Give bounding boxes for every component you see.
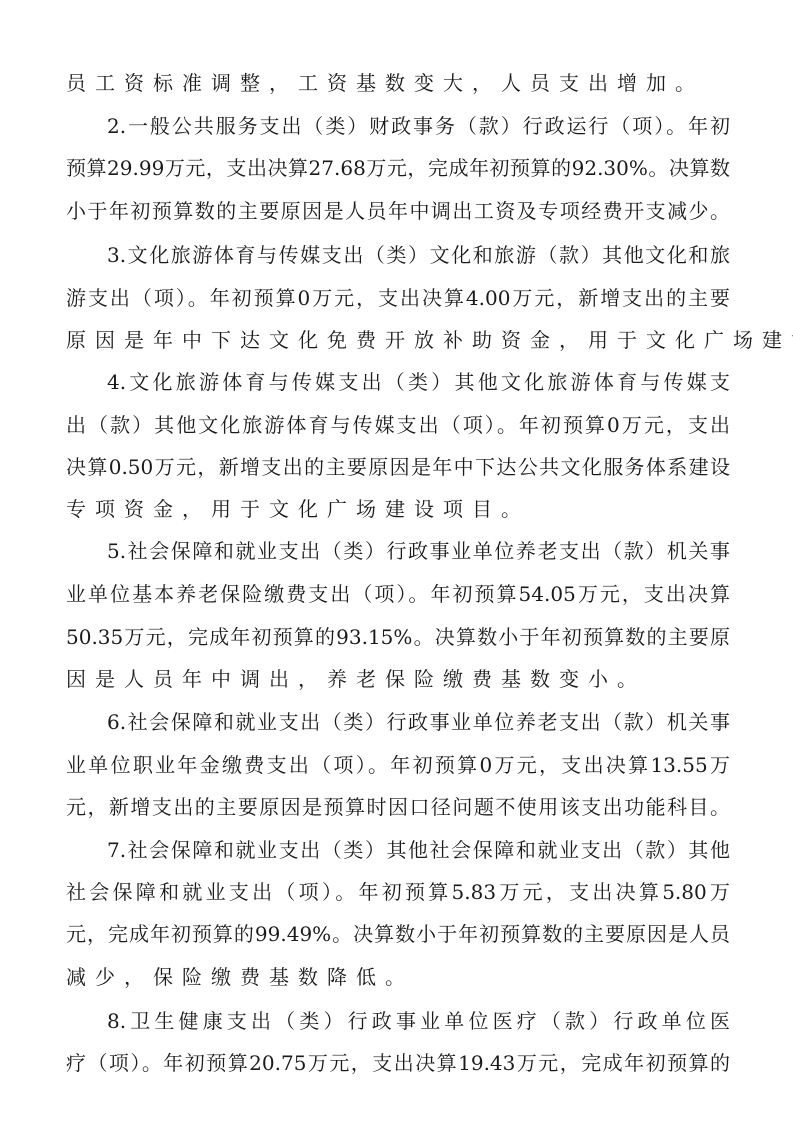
paragraph-line: 原因是年中下达文化免费开放补助资金，用于文化广场建设项目。 [66, 325, 730, 355]
paragraph-line: 8.卫生健康支出（类）行政事业单位医疗（款）行政单位医 [107, 1006, 730, 1036]
paragraph-line: 专项资金，用于文化广场建设项目。 [66, 494, 730, 524]
paragraph-line: 5.社会保障和就业支出（类）行政事业单位养老支出（款）机关事 [107, 536, 730, 566]
paragraph-line: 4.文化旅游体育与传媒支出（类）其他文化旅游体育与传媒支 [107, 367, 730, 397]
paragraph-line: 3.文化旅游体育与传媒支出（类）文化和旅游（款）其他文化和旅 [107, 240, 730, 270]
paragraph-line: 元，完成年初预算的99.49%。决算数小于年初预算数的主要原因是人员 [66, 919, 730, 949]
paragraph-line: 因是人员年中调出，养老保险缴费基数变小。 [66, 664, 730, 694]
paragraph-line: 小于年初预算数的主要原因是人员年中调出工资及专项经费开支减少。 [66, 196, 730, 226]
paragraph-line: 7.社会保障和就业支出（类）其他社会保障和就业支出（款）其他 [107, 835, 730, 865]
document-page: 员工资标准调整，工资基数变大，人员支出增加。 2.一般公共服务支出（类）财政事务… [0, 0, 793, 1122]
paragraph-line: 游支出（项）。年初预算0万元，支出决算4.00万元，新增支出的主要 [66, 283, 730, 313]
paragraph-line: 疗（项）。年初预算20.75万元，支出决算19.43万元，完成年初预算的 [66, 1048, 730, 1078]
paragraph-line: 元，新增支出的主要原因是预算时因口径问题不使用该支出功能科目。 [66, 792, 730, 822]
paragraph-line: 出（款）其他文化旅游体育与传媒支出（项）。年初预算0万元，支出 [66, 410, 730, 440]
paragraph-line: 减少，保险缴费基数降低。 [66, 962, 730, 992]
paragraph-line: 社会保障和就业支出（项）。年初预算5.83万元，支出决算5.80万 [66, 877, 730, 907]
paragraph-line: 2.一般公共服务支出（类）财政事务（款）行政运行（项）。年初 [107, 111, 730, 141]
paragraph-line: 决算0.50万元，新增支出的主要原因是年中下达公共文化服务体系建设 [66, 452, 730, 482]
paragraph-line: 预算29.99万元，支出决算27.68万元，完成年初预算的92.30%。决算数 [66, 153, 730, 183]
paragraph-line: 员工资标准调整，工资基数变大，人员支出增加。 [66, 68, 730, 98]
paragraph-line: 6.社会保障和就业支出（类）行政事业单位养老支出（款）机关事 [107, 707, 730, 737]
paragraph-line: 50.35万元，完成年初预算的93.15%。决算数小于年初预算数的主要原 [66, 622, 730, 652]
paragraph-line: 业单位职业年金缴费支出（项）。年初预算0万元，支出决算13.55万 [66, 750, 730, 780]
paragraph-line: 业单位基本养老保险缴费支出（项）。年初预算54.05万元，支出决算 [66, 579, 730, 609]
